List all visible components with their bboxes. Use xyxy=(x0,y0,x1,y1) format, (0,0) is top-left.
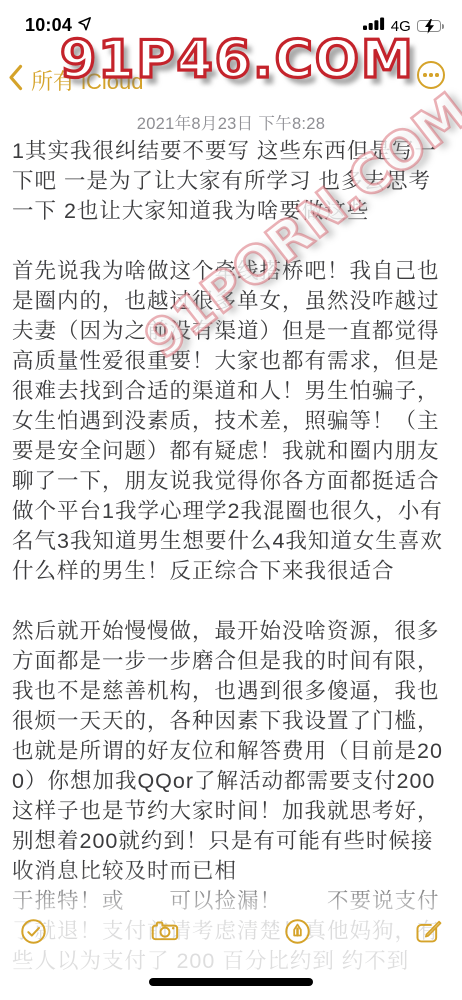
more-button[interactable] xyxy=(417,61,445,89)
compose-icon xyxy=(415,918,443,949)
battery-charging-icon xyxy=(417,20,444,33)
signal-icon xyxy=(363,17,385,35)
note-paragraph: 首先说我为啥做这个牵线搭桥吧！我自己也是圈内的，也越过很多单女，虽然没咋越过夫妻… xyxy=(12,256,450,586)
note-date: 2021年8月23日 下午8:28 xyxy=(0,110,462,134)
back-button[interactable]: 所有 iCloud xyxy=(8,64,143,96)
status-time: 10:04 xyxy=(25,15,72,36)
compose-button[interactable] xyxy=(414,918,444,948)
status-bar: 10:04 4G xyxy=(0,0,462,44)
network-type: 4G xyxy=(391,18,411,35)
camera-icon xyxy=(151,918,180,948)
bottom-toolbar xyxy=(0,912,462,954)
note-paragraph: 然后就开始慢慢做，最开始没啥资源，很多方面都是一步一步磨合但是我的时间有限，我也… xyxy=(12,616,450,886)
markup-icon xyxy=(284,918,311,948)
note-paragraph: 1其实我很纠结要不要写 这些东西但是写一下吧 一是为了让大家有所学习 也多去思考… xyxy=(12,136,450,226)
note-body[interactable]: 1其实我很纠结要不要写 这些东西但是写一下吧 一是为了让大家有所学习 也多去思考… xyxy=(12,136,450,1000)
chevron-left-icon xyxy=(8,64,23,96)
ellipsis-circle-icon xyxy=(423,73,427,77)
home-indicator[interactable] xyxy=(149,978,313,986)
markup-button[interactable] xyxy=(282,918,312,948)
camera-button[interactable] xyxy=(150,918,180,948)
location-icon xyxy=(77,16,92,36)
notes-app-screen: 10:04 4G xyxy=(0,0,462,1000)
checklist-button[interactable] xyxy=(18,918,48,948)
checklist-icon xyxy=(20,918,47,948)
nav-bar: 所有 iCloud xyxy=(0,58,462,104)
back-button-label: 所有 iCloud xyxy=(31,65,143,96)
